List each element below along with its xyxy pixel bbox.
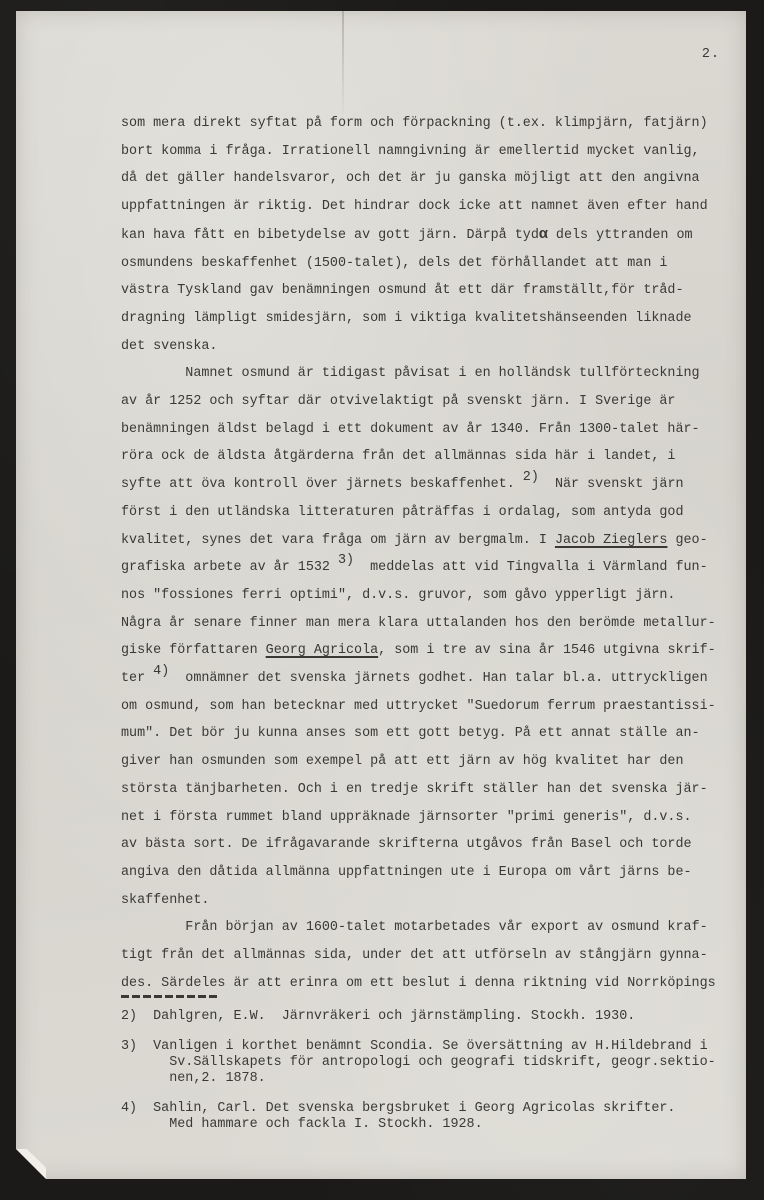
text-segment: , som i tre av sina år 1546 utgivna skri… [378, 643, 716, 658]
scanned-document-screen: 2. som mera direkt syftat på form och fö… [0, 0, 764, 1200]
text-segment: geo- [667, 533, 707, 548]
footnote: 3) Vanligen i korthet benämnt Scondia. S… [121, 1039, 716, 1087]
text-line: angiva den dåtida allmänna uppfattningen… [121, 859, 731, 887]
text-segment: Sv.Sällskapets för antropologi och geogr… [121, 1055, 716, 1070]
text-segment: västra Tyskland gav benämningen osmund å… [121, 283, 684, 298]
text-segment: kan hava fått en bibetydelse av gott jär… [121, 228, 539, 243]
footnote: 4) Sahlin, Carl. Det svenska bergsbruket… [121, 1101, 716, 1133]
text-segment: Georg Agricola [266, 643, 379, 658]
text-line: osmundens beskaffenhet (1500-talet), del… [121, 250, 731, 278]
text-line: ter 4) omnämner det svenska järnets godh… [121, 665, 731, 693]
text-line: kan hava fått en bibetydelse av gott jär… [121, 221, 731, 250]
text-segment: röra ock de äldsta åtgärderna från det a… [121, 449, 675, 464]
text-line: tigt från det allmännas sida, under det … [121, 942, 731, 970]
text-segment: mum". Det bör ju kunna anses som ett got… [121, 726, 700, 741]
text-line: av bästa sort. De ifrågavarande skrifter… [121, 831, 731, 859]
text-line: 4) Sahlin, Carl. Det svenska bergsbruket… [121, 1101, 716, 1117]
text-line: Sv.Sällskapets för antropologi och geogr… [121, 1055, 716, 1071]
text-line: Namnet osmund är tidigast påvisat i en h… [121, 360, 731, 388]
text-line: net i första rummet bland uppräknade jär… [121, 804, 731, 832]
footnotes: 2) Dahlgren, E.W. Järnvräkeri och järnst… [121, 1009, 716, 1146]
text-line: nos "fossiones ferri optimi", d.v.s. gru… [121, 582, 731, 610]
text-segment: då det gäller handelsvaror, och det är j… [121, 171, 700, 186]
footnote-reference: 3) [338, 553, 354, 568]
text-segment: av år 1252 och syftar där otvivelaktigt … [121, 394, 675, 409]
text-line: Några år senare finner man mera klara ut… [121, 610, 731, 638]
text-line: 3) Vanligen i korthet benämnt Scondia. S… [121, 1039, 716, 1055]
page-number: 2. [702, 47, 720, 62]
text-line: Från början av 1600-talet motarbetades v… [121, 914, 731, 942]
text-line: det svenska. [121, 333, 731, 361]
text-line: som mera direkt syftat på form och förpa… [121, 110, 731, 138]
folded-corner [16, 1149, 46, 1179]
text-segment: osmundens beskaffenhet (1500-talet), del… [121, 256, 667, 271]
text-segment: 3) Vanligen i korthet benämnt Scondia. S… [121, 1039, 708, 1054]
text-line: Med hammare och fackla I. Stockh. 1928. [121, 1117, 716, 1133]
footnote: 2) Dahlgren, E.W. Järnvräkeri och järnst… [121, 1009, 716, 1025]
text-segment: största tänjbarheten. Och i en tredje sk… [121, 782, 708, 797]
text-line: nen,2. 1878. [121, 1071, 716, 1087]
text-line: dragning lämpligt smidesjärn, som i vikt… [121, 305, 731, 333]
text-line: först i den utländska litteraturen påträ… [121, 499, 731, 527]
text-line: röra ock de äldsta åtgärderna från det a… [121, 443, 731, 471]
text-line: benämningen äldst belagd i ett dokument … [121, 416, 731, 444]
text-line: västra Tyskland gav benämningen osmund å… [121, 277, 731, 305]
text-segment: som mera direkt syftat på form och förpa… [121, 116, 708, 131]
text-segment: giske författaren [121, 643, 266, 658]
text-line: giske författaren Georg Agricola, som i … [121, 637, 731, 665]
text-segment: skaffenhet. [121, 893, 209, 908]
text-segment: giver han osmunden som exempel på att et… [121, 754, 684, 769]
text-segment: Namnet osmund är tidigast påvisat i en h… [121, 366, 700, 381]
text-line: syfte att öva kontroll över järnets besk… [121, 471, 731, 499]
document-body: som mera direkt syftat på form och förpa… [121, 110, 731, 998]
text-segment: Jacob Zieglers [555, 533, 668, 548]
text-segment: des. Särdeles är att erinra om ett beslu… [121, 976, 716, 991]
text-segment: 2) Dahlgren, E.W. Järnvräkeri och järnst… [121, 1009, 635, 1024]
text-line: grafiska arbete av år 1532 3) meddelas a… [121, 554, 731, 582]
text-segment: Några år senare finner man mera klara ut… [121, 616, 716, 631]
footnote-reference: 4) [153, 664, 169, 679]
text-segment: net i första rummet bland uppräknade jär… [121, 810, 692, 825]
footnote-reference: 2) [523, 470, 539, 485]
text-segment: bort komma i fråga. Irrationell namngivn… [121, 144, 700, 159]
text-line: skaffenhet. [121, 887, 731, 915]
text-line: av år 1252 och syftar där otvivelaktigt … [121, 388, 731, 416]
text-segment: benämningen äldst belagd i ett dokument … [121, 422, 700, 437]
text-segment: syfte att öva kontroll över järnets besk… [121, 477, 523, 492]
text-line: då det gäller handelsvaror, och det är j… [121, 165, 731, 193]
text-segment: kvalitet, synes det vara fråga om järn a… [121, 533, 555, 548]
text-segment: ter [121, 671, 153, 686]
text-line: des. Särdeles är att erinra om ett beslu… [121, 970, 731, 998]
text-segment: nos "fossiones ferri optimi", d.v.s. gru… [121, 588, 675, 603]
text-segment: grafiska arbete av år 1532 [121, 560, 338, 575]
text-segment: uppfattningen är riktig. Det hindrar doc… [121, 199, 708, 214]
text-segment: När svenskt järn [539, 477, 684, 492]
text-segment: av bästa sort. De ifrågavarande skrifter… [121, 837, 692, 852]
text-line: mum". Det bör ju kunna anses som ett got… [121, 720, 731, 748]
text-line: 2) Dahlgren, E.W. Järnvräkeri och järnst… [121, 1009, 716, 1025]
text-segment: meddelas att vid Tingvalla i Värmland fu… [354, 560, 708, 575]
text-segment: 4) Sahlin, Carl. Det svenska bergsbruket… [121, 1101, 675, 1116]
text-segment: dragning lämpligt smidesjärn, som i vikt… [121, 311, 692, 326]
text-segment: nen,2. 1878. [121, 1071, 266, 1086]
text-line: kvalitet, synes det vara fråga om järn a… [121, 527, 731, 555]
footnote-divider [121, 995, 218, 998]
paper-sheet: 2. som mera direkt syftat på form och fö… [16, 11, 746, 1179]
text-segment: tigt från det allmännas sida, under det … [121, 948, 708, 963]
text-segment: Från början av 1600-talet motarbetades v… [121, 920, 708, 935]
text-segment: angiva den dåtida allmänna uppfattningen… [121, 865, 692, 880]
text-segment: först i den utländska litteraturen påträ… [121, 505, 684, 520]
text-line: om osmund, som han betecknar med uttryck… [121, 693, 731, 721]
text-line: bort komma i fråga. Irrationell namngivn… [121, 138, 731, 166]
text-segment: det svenska. [121, 339, 217, 354]
text-line: uppfattningen är riktig. Det hindrar doc… [121, 193, 731, 221]
text-line: giver han osmunden som exempel på att et… [121, 748, 731, 776]
text-segment: om osmund, som han betecknar med uttryck… [121, 699, 716, 714]
text-segment: omnämner det svenska järnets godhet. Han… [169, 671, 707, 686]
text-segment: α [539, 226, 548, 243]
text-segment: dels yttranden om [548, 228, 693, 243]
text-line: största tänjbarheten. Och i en tredje sk… [121, 776, 731, 804]
text-segment: Med hammare och fackla I. Stockh. 1928. [121, 1117, 483, 1132]
paper-crease [342, 11, 344, 121]
